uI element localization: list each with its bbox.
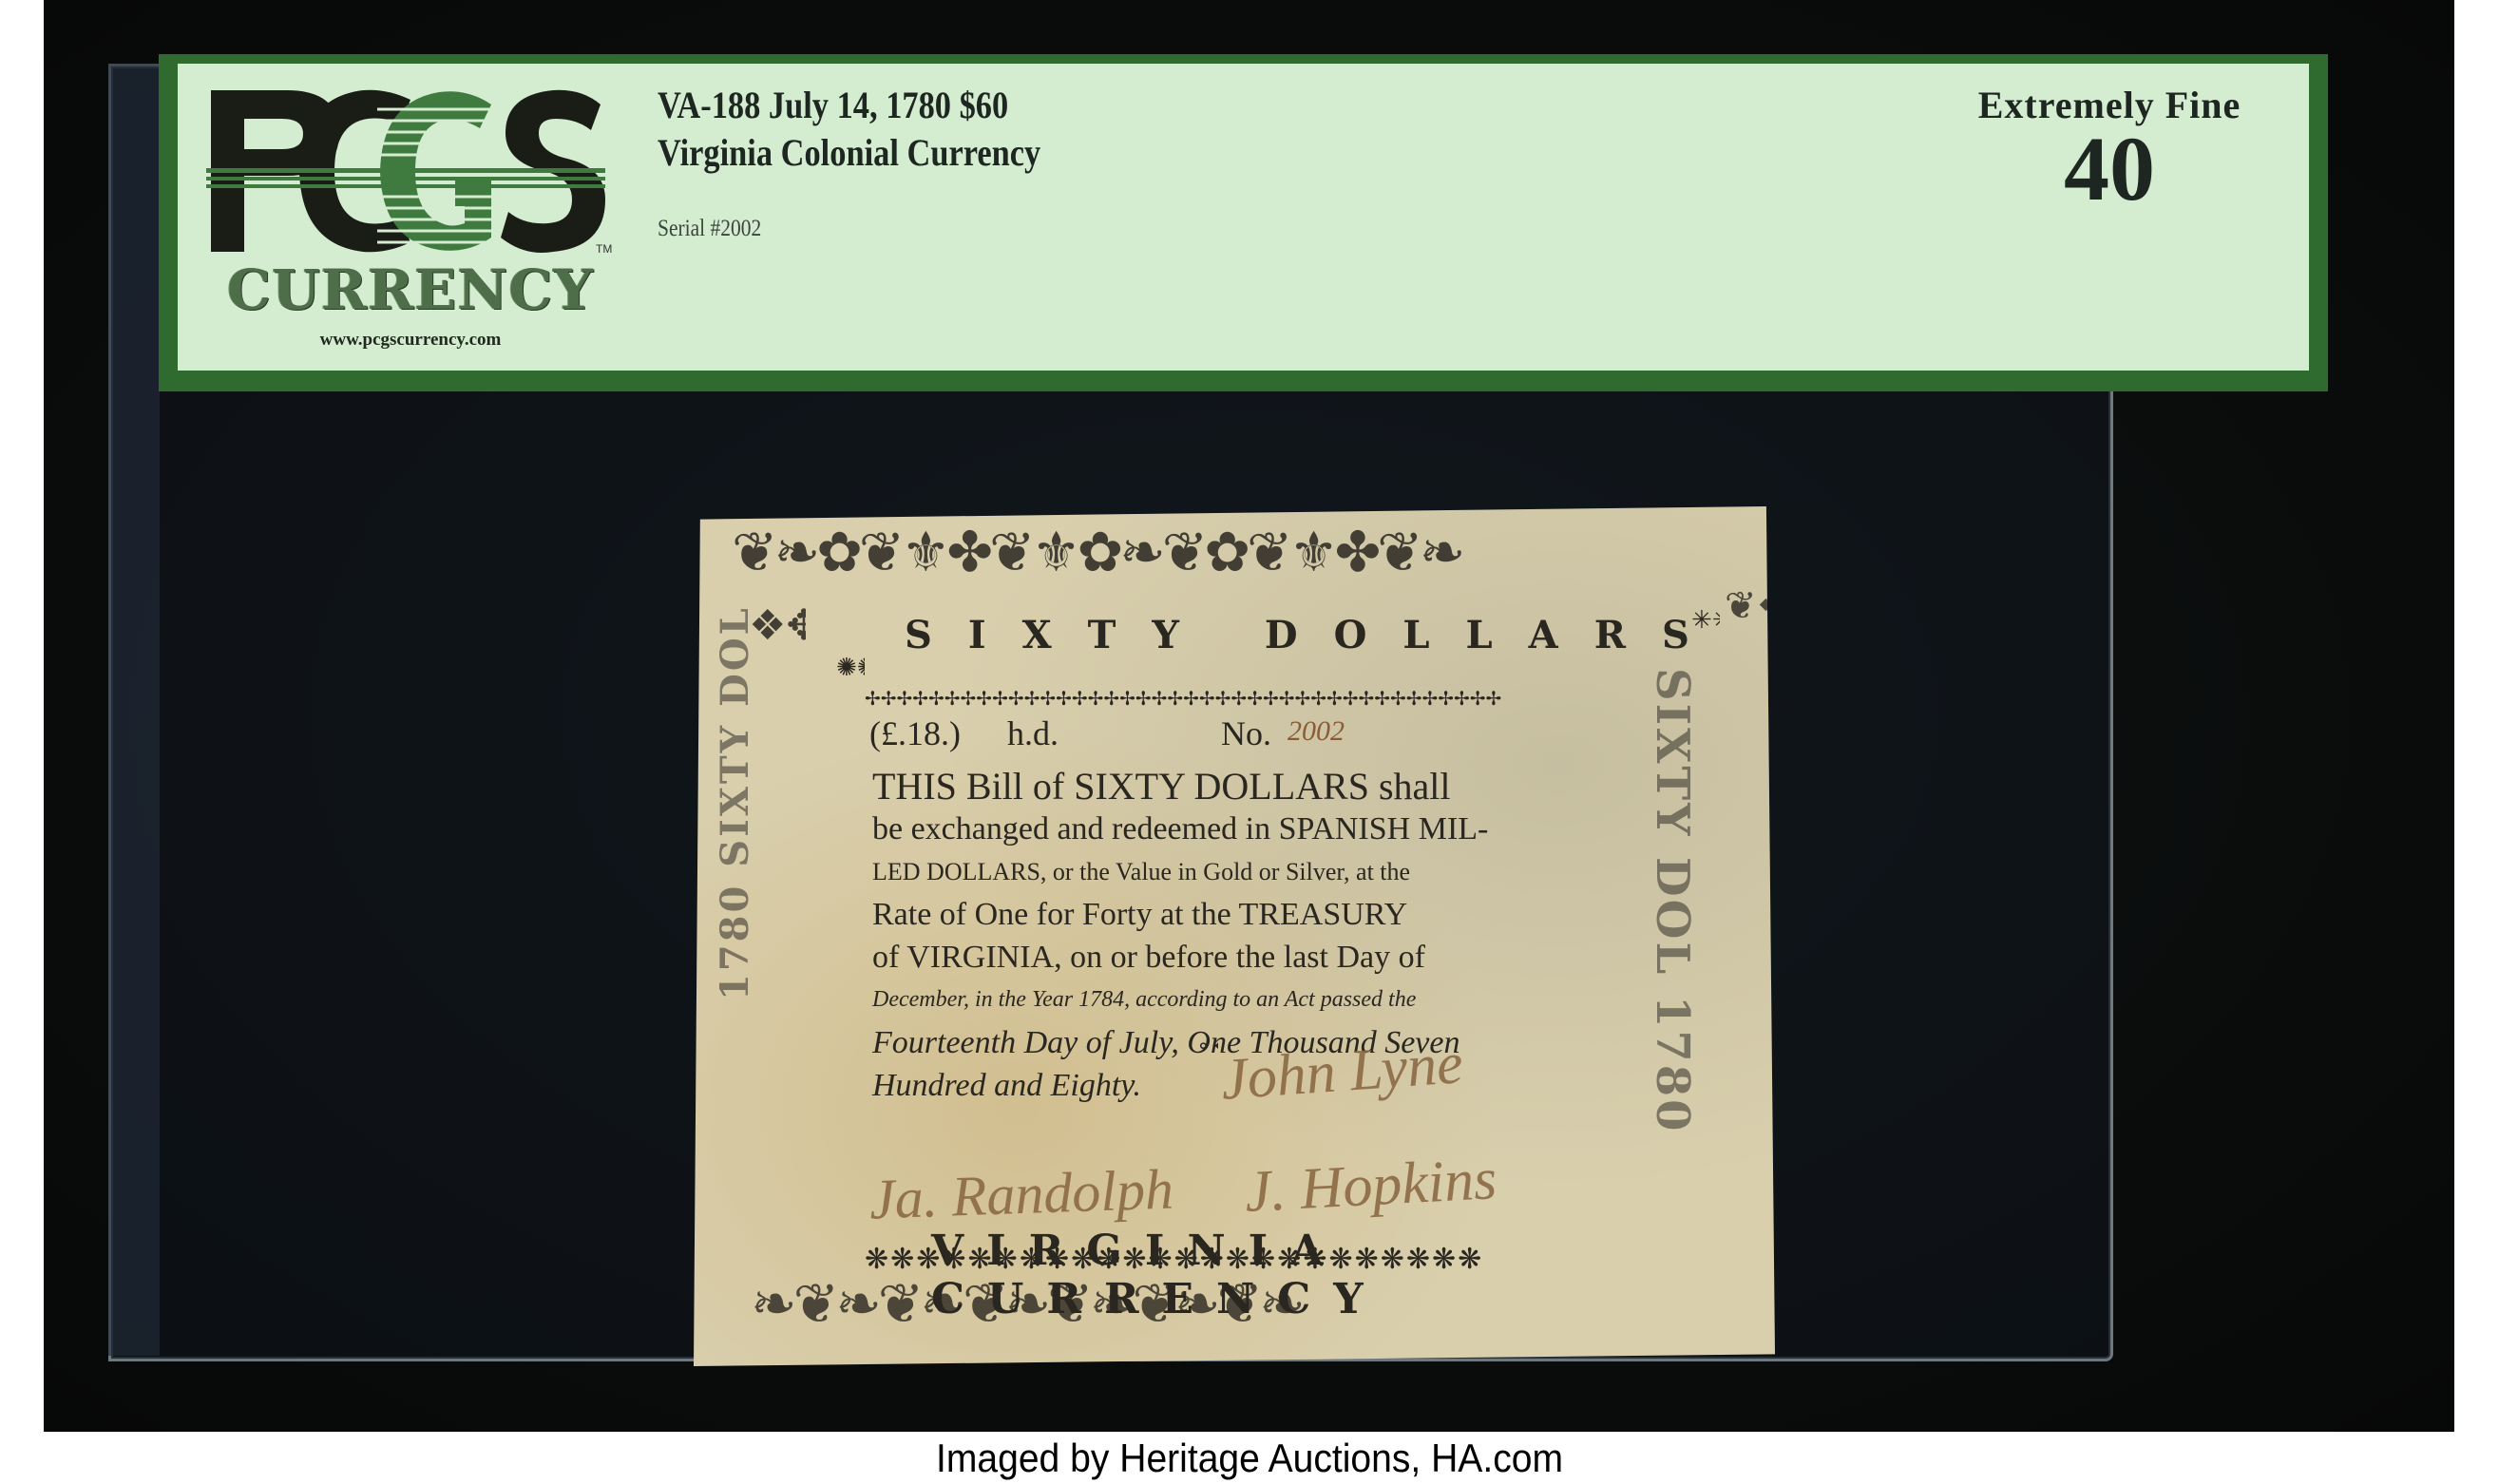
note-body-line: be exchanged and redeemed in SPANISH MIL…: [872, 808, 1689, 850]
note-body-line: of VIRGINIA, on or before the last Day o…: [872, 936, 1689, 979]
note-footer-title: VIRGINIA CURRENCY: [931, 1227, 1775, 1323]
edge-stamp-left: 1780 SIXTY DOL: [713, 605, 757, 1000]
note-body-line: LED DOLLARS, or the Value in Gold or Sil…: [872, 850, 1689, 893]
holder-slab-edge: [108, 64, 160, 1356]
catalog-subtitle: Virginia Colonial Currency: [658, 128, 1040, 178]
grade-number: 40: [1910, 125, 2309, 213]
image-credit-caption: Imaged by Heritage Auctions, HA.com: [87, 1432, 2412, 1484]
catalog-title: VA-188 July 14, 1780 $60: [658, 83, 1040, 128]
logo-currency-wordmark: CURRENCY: [206, 257, 615, 322]
top-ornament-border: ❦❧✿❦⚜✤❦⚜✿❧❦✿❦⚜✤❦❧: [732, 520, 1758, 584]
note-body-line: Rate of One for Forty at the TREASURY: [872, 893, 1689, 936]
note-handwritten-serial: 2002: [1288, 715, 1345, 748]
fleuron-row: ✢✢✢✢✢✢✢✢✢✢✢✢✢✢✢✢✢✢✢✢✢✢✢✢✢✢✢✢✢✢✢✢✢✢✢✢✢✢✢✢: [865, 687, 1691, 710]
grade-block: Extremely Fine 40: [1910, 83, 2309, 213]
note-body-line: December, in the Year 1784, according to…: [872, 979, 1689, 1021]
left-rosette-column: ✺✺✺✺✺✺✺✺✺✺✺✺✺✺✺✺: [836, 649, 865, 1257]
note-heading: SIXTY DOLLARS: [905, 613, 1726, 657]
signature: Ja. Randolph: [868, 1156, 1174, 1232]
left-ornament-border: ❖✥❖❦✥❖❦❦✥❦❖❖: [749, 601, 806, 1342]
serial-number: Serial #2002: [658, 216, 1040, 242]
signature: J. Hopkins: [1243, 1146, 1498, 1227]
note-sterling-value: (£.18.) h.d.: [869, 713, 1059, 753]
pcgs-logo-icon: [206, 81, 605, 261]
note-number-label: No.: [1221, 713, 1271, 753]
pcgs-label: TM CURRENCY www.pcgscurrency.com VA-188 …: [159, 54, 2328, 391]
trademark-symbol: TM: [596, 242, 612, 256]
note-description: VA-188 July 14, 1780 $60 Virginia Coloni…: [658, 83, 1103, 242]
note-body-line: THIS Bill of SIXTY DOLLARS shall: [872, 765, 1689, 808]
pcgs-label-panel: TM CURRENCY www.pcgscurrency.com VA-188 …: [178, 64, 2309, 371]
website-link[interactable]: www.pcgscurrency.com: [206, 330, 615, 351]
pcgs-currency-logo: TM CURRENCY www.pcgscurrency.com: [206, 81, 634, 366]
banknote-image: ❦❧✿❦⚜✤❦⚜✿❧❦✿❦⚜✤❦❧ ❖✥❖❦✥❖❦❦✥❦❖❖ ❦❖✥❖❦✥❖❦❖…: [694, 506, 1775, 1366]
